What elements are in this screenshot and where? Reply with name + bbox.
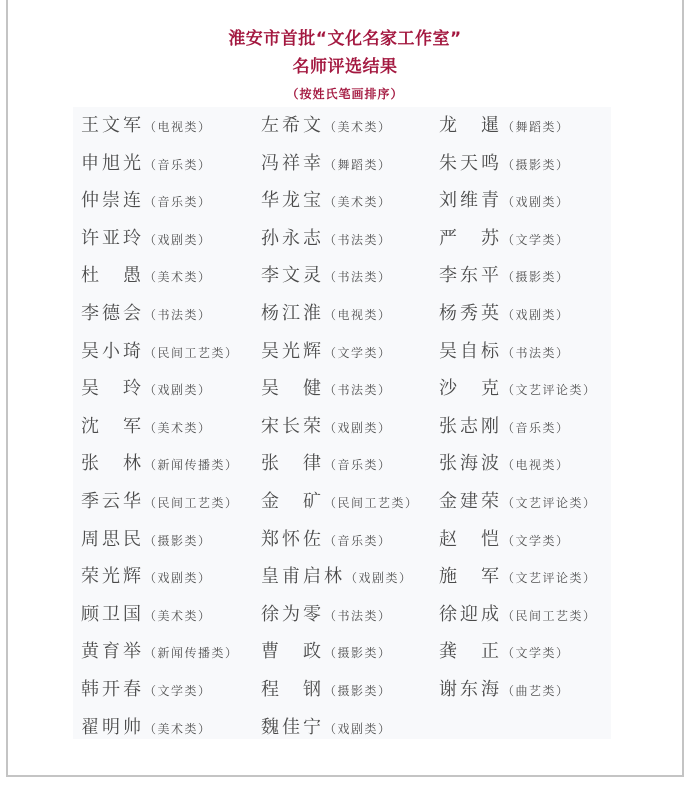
list-item: 吴 健（书法类） [261, 374, 392, 400]
category-label: （摄影类） [144, 534, 212, 548]
category-label: （美术类） [324, 120, 392, 134]
person-name: 华龙宝 [261, 190, 324, 211]
person-name: 谢东海 [439, 679, 502, 700]
person-name: 严 苏 [439, 228, 502, 249]
category-label: （音乐类） [324, 458, 392, 472]
list-item: 翟明帅（美术类） [81, 713, 212, 739]
category-label: （美术类） [324, 195, 392, 209]
category-label: （美术类） [144, 722, 212, 736]
category-label: （民间工艺类） [324, 496, 419, 510]
person-name: 荣光辉 [81, 566, 144, 587]
person-name: 金建荣 [439, 491, 502, 512]
category-label: （民间工艺类） [144, 346, 239, 360]
person-name: 程 钢 [261, 679, 324, 700]
list-row: 吴 玲（戏剧类）吴 健（书法类）沙 克（文艺评论类） [73, 374, 611, 408]
person-name: 皇甫启林 [261, 566, 345, 587]
list-item: 冯祥幸（舞蹈类） [261, 149, 392, 175]
list-row: 沈 军（美术类）宋长荣（戏剧类）张志刚（音乐类） [73, 412, 611, 446]
list-item: 左希文（美术类） [261, 111, 392, 137]
category-label: （书法类） [502, 346, 570, 360]
list-item: 严 苏（文学类） [439, 224, 570, 250]
person-name: 张海波 [439, 453, 502, 474]
list-item: 黄育举（新闻传播类） [81, 637, 239, 663]
list-item: 谢东海（曲艺类） [439, 675, 570, 701]
person-name: 季云华 [81, 491, 144, 512]
category-label: （美术类） [144, 609, 212, 623]
person-name: 沙 克 [439, 378, 502, 399]
person-name: 宋长荣 [261, 416, 324, 437]
list-item: 金 矿（民间工艺类） [261, 487, 419, 513]
list-item: 曹 政（摄影类） [261, 637, 392, 663]
list-item: 徐为零（书法类） [261, 600, 392, 626]
person-name: 赵 恺 [439, 529, 502, 550]
person-name: 李东平 [439, 265, 502, 286]
category-label: （戏剧类） [502, 308, 570, 322]
person-name: 吴 玲 [81, 378, 144, 399]
category-label: （戏剧类） [502, 195, 570, 209]
person-name: 仲崇连 [81, 190, 144, 211]
sort-note: （按姓氏笔画排序） [0, 85, 690, 102]
list-item: 徐迎成（民间工艺类） [439, 600, 597, 626]
list-item: 龙 暹（舞蹈类） [439, 111, 570, 137]
person-name: 吴自标 [439, 341, 502, 362]
list-item: 吴 玲（戏剧类） [81, 374, 212, 400]
category-label: （文艺评论类） [502, 496, 597, 510]
list-item: 吴小琦（民间工艺类） [81, 337, 239, 363]
list-row: 杜 愚（美术类）李文灵（书法类）李东平（摄影类） [73, 261, 611, 295]
category-label: （摄影类） [324, 646, 392, 660]
list-row: 顾卫国（美术类）徐为零（书法类）徐迎成（民间工艺类） [73, 600, 611, 634]
person-name: 杨秀英 [439, 303, 502, 324]
category-label: （文学类） [502, 534, 570, 548]
category-label: （文学类） [144, 684, 212, 698]
list-item: 朱天鸣（摄影类） [439, 149, 570, 175]
list-item: 施 军（文艺评论类） [439, 562, 597, 588]
list-item: 宋长荣（戏剧类） [261, 412, 392, 438]
list-item: 申旭光（音乐类） [81, 149, 212, 175]
person-name: 吴 健 [261, 378, 324, 399]
person-name: 张 林 [81, 453, 144, 474]
category-label: （电视类） [144, 120, 212, 134]
list-row: 申旭光（音乐类）冯祥幸（舞蹈类）朱天鸣（摄影类） [73, 149, 611, 183]
category-label: （摄影类） [502, 158, 570, 172]
list-row: 季云华（民间工艺类）金 矿（民间工艺类）金建荣（文艺评论类） [73, 487, 611, 521]
list-item: 魏佳宁（戏剧类） [261, 713, 392, 739]
list-item: 许亚玲（戏剧类） [81, 224, 212, 250]
person-name: 魏佳宁 [261, 717, 324, 738]
category-label: （文学类） [502, 233, 570, 247]
list-item: 杨秀英（戏剧类） [439, 299, 570, 325]
list-item: 沈 军（美术类） [81, 412, 212, 438]
person-name: 李文灵 [261, 265, 324, 286]
category-label: （文学类） [502, 646, 570, 660]
list-item: 张 律（音乐类） [261, 449, 392, 475]
list-item: 张海波（电视类） [439, 449, 570, 475]
category-label: （曲艺类） [502, 684, 570, 698]
person-name: 龚 正 [439, 641, 502, 662]
person-name: 徐迎成 [439, 604, 502, 625]
person-name: 翟明帅 [81, 717, 144, 738]
category-label: （美术类） [144, 421, 212, 435]
list-item: 赵 恺（文学类） [439, 525, 570, 551]
person-name: 冯祥幸 [261, 153, 324, 174]
category-label: （文艺评论类） [502, 383, 597, 397]
list-item: 周思民（摄影类） [81, 525, 212, 551]
category-label: （摄影类） [324, 684, 392, 698]
list-row: 王文军（电视类）左希文（美术类）龙 暹（舞蹈类） [73, 111, 611, 145]
person-name: 左希文 [261, 115, 324, 136]
list-item: 张 林（新闻传播类） [81, 449, 239, 475]
person-name: 张 律 [261, 453, 324, 474]
category-label: （戏剧类） [144, 233, 212, 247]
category-label: （书法类） [324, 233, 392, 247]
list-row: 周思民（摄影类）郑怀佐（音乐类）赵 恺（文学类） [73, 525, 611, 559]
category-label: （电视类） [502, 458, 570, 472]
list-item: 张志刚（音乐类） [439, 412, 570, 438]
list-item: 吴自标（书法类） [439, 337, 570, 363]
list-row: 翟明帅（美术类）魏佳宁（戏剧类） [73, 713, 611, 747]
category-label: （舞蹈类） [502, 120, 570, 134]
list-item: 荣光辉（戏剧类） [81, 562, 212, 588]
page-title: 淮安市首批“文化名家工作室” [0, 24, 690, 49]
category-label: （书法类） [144, 308, 212, 322]
category-label: （民间工艺类） [144, 496, 239, 510]
list-item: 皇甫启林（戏剧类） [261, 562, 413, 588]
person-name: 黄育举 [81, 641, 144, 662]
category-label: （戏剧类） [324, 722, 392, 736]
list-item: 杜 愚（美术类） [81, 261, 212, 287]
category-label: （音乐类） [502, 421, 570, 435]
person-name: 施 军 [439, 566, 502, 587]
winners-list: 王文军（电视类）左希文（美术类）龙 暹（舞蹈类）申旭光（音乐类）冯祥幸（舞蹈类）… [73, 107, 611, 739]
list-item: 金建荣（文艺评论类） [439, 487, 597, 513]
person-name: 金 矿 [261, 491, 324, 512]
person-name: 徐为零 [261, 604, 324, 625]
list-item: 顾卫国（美术类） [81, 600, 212, 626]
list-item: 仲崇连（音乐类） [81, 186, 212, 212]
list-row: 李德会（书法类）杨江淮（电视类）杨秀英（戏剧类） [73, 299, 611, 333]
list-item: 王文军（电视类） [81, 111, 212, 137]
list-item: 李德会（书法类） [81, 299, 212, 325]
list-item: 郑怀佐（音乐类） [261, 525, 392, 551]
list-item: 韩开春（文学类） [81, 675, 212, 701]
list-row: 韩开春（文学类）程 钢（摄影类）谢东海（曲艺类） [73, 675, 611, 709]
person-name: 顾卫国 [81, 604, 144, 625]
category-label: （戏剧类） [345, 571, 413, 585]
category-label: （戏剧类） [144, 383, 212, 397]
person-name: 杜 愚 [81, 265, 144, 286]
list-item: 吴光辉（文学类） [261, 337, 392, 363]
person-name: 申旭光 [81, 153, 144, 174]
list-item: 刘维青（戏剧类） [439, 186, 570, 212]
person-name: 刘维青 [439, 190, 502, 211]
list-item: 李东平（摄影类） [439, 261, 570, 287]
list-item: 李文灵（书法类） [261, 261, 392, 287]
category-label: （美术类） [144, 270, 212, 284]
list-item: 孙永志（书法类） [261, 224, 392, 250]
category-label: （音乐类） [144, 195, 212, 209]
category-label: （摄影类） [502, 270, 570, 284]
person-name: 王文军 [81, 115, 144, 136]
person-name: 朱天鸣 [439, 153, 502, 174]
category-label: （书法类） [324, 383, 392, 397]
page-subtitle: 名师评选结果 [0, 52, 690, 77]
person-name: 张志刚 [439, 416, 502, 437]
person-name: 李德会 [81, 303, 144, 324]
category-label: （书法类） [324, 609, 392, 623]
list-row: 吴小琦（民间工艺类）吴光辉（文学类）吴自标（书法类） [73, 337, 611, 371]
category-label: （戏剧类） [324, 421, 392, 435]
person-name: 周思民 [81, 529, 144, 550]
list-row: 张 林（新闻传播类）张 律（音乐类）张海波（电视类） [73, 449, 611, 483]
person-name: 曹 政 [261, 641, 324, 662]
category-label: （民间工艺类） [502, 609, 597, 623]
list-item: 杨江淮（电视类） [261, 299, 392, 325]
list-row: 仲崇连（音乐类）华龙宝（美术类）刘维青（戏剧类） [73, 186, 611, 220]
category-label: （戏剧类） [144, 571, 212, 585]
category-label: （文艺评论类） [502, 571, 597, 585]
category-label: （书法类） [324, 270, 392, 284]
list-item: 沙 克（文艺评论类） [439, 374, 597, 400]
list-item: 龚 正（文学类） [439, 637, 570, 663]
category-label: （音乐类） [324, 534, 392, 548]
person-name: 吴小琦 [81, 341, 144, 362]
person-name: 吴光辉 [261, 341, 324, 362]
list-row: 许亚玲（戏剧类）孙永志（书法类）严 苏（文学类） [73, 224, 611, 258]
list-item: 季云华（民间工艺类） [81, 487, 239, 513]
person-name: 杨江淮 [261, 303, 324, 324]
person-name: 龙 暹 [439, 115, 502, 136]
category-label: （音乐类） [144, 158, 212, 172]
person-name: 许亚玲 [81, 228, 144, 249]
list-row: 荣光辉（戏剧类）皇甫启林（戏剧类）施 军（文艺评论类） [73, 562, 611, 596]
category-label: （舞蹈类） [324, 158, 392, 172]
category-label: （新闻传播类） [144, 458, 239, 472]
category-label: （电视类） [324, 308, 392, 322]
person-name: 韩开春 [81, 679, 144, 700]
person-name: 孙永志 [261, 228, 324, 249]
category-label: （新闻传播类） [144, 646, 239, 660]
list-item: 程 钢（摄影类） [261, 675, 392, 701]
list-row: 黄育举（新闻传播类）曹 政（摄影类）龚 正（文学类） [73, 637, 611, 671]
person-name: 郑怀佐 [261, 529, 324, 550]
category-label: （文学类） [324, 346, 392, 360]
person-name: 沈 军 [81, 416, 144, 437]
list-item: 华龙宝（美术类） [261, 186, 392, 212]
